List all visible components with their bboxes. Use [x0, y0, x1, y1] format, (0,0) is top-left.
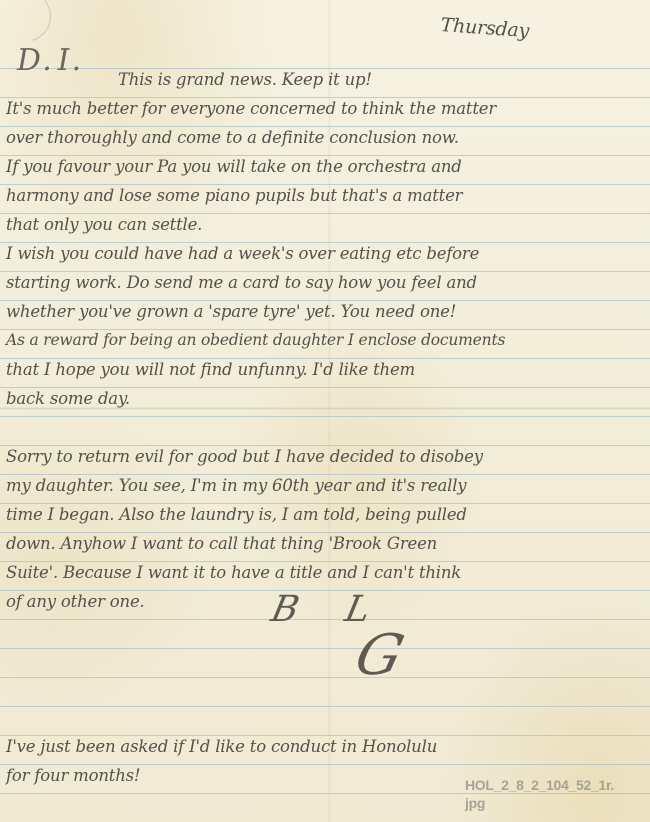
letter-line: time I began. Also the laundry is, I am …: [6, 507, 467, 524]
rule-line: [0, 735, 650, 736]
letter-line: This is grand news. Keep it up!: [118, 72, 372, 89]
rule-line: [0, 561, 650, 562]
rule-line: [0, 97, 650, 98]
rule-line: [0, 213, 650, 214]
rule-line: [0, 68, 650, 69]
rule-line: [0, 126, 650, 127]
rule-line: [0, 416, 650, 417]
rule-line: [0, 503, 650, 504]
rule-line: [0, 648, 650, 649]
rule-line: [0, 155, 650, 156]
rule-line: [0, 387, 650, 388]
rule-line: [0, 184, 650, 185]
letter-line: over thoroughly and come to a definite c…: [6, 130, 459, 147]
letter-line: Sorry to return evil for good but I have…: [6, 449, 483, 466]
letter-line: starting work. Do send me a card to say …: [6, 275, 477, 292]
rule-line: [0, 532, 650, 533]
letter-line: As a reward for being an obedient daught…: [6, 333, 505, 349]
rule-line: [0, 474, 650, 475]
rule-line: [0, 358, 650, 359]
letter-line: whether you've grown a 'spare tyre' yet.…: [6, 304, 456, 321]
letter-line: If you favour your Pa you will take on t…: [6, 159, 462, 176]
letter-line: Suite'. Because I want it to have a titl…: [6, 565, 461, 582]
rule-line: [0, 706, 650, 707]
letter-line: down. Anyhow I want to call that thing '…: [6, 536, 437, 553]
letter-line: of any other one.: [6, 594, 145, 611]
letter-line: that only you can settle.: [6, 217, 202, 234]
letter-line: It's much better for everyone concerned …: [6, 101, 496, 118]
letter-line: harmony and lose some piano pupils but t…: [6, 188, 462, 205]
rule-line: [0, 300, 650, 301]
rule-line: [0, 677, 650, 678]
rule-line: [0, 329, 650, 330]
postscript-line: I've just been asked if I'd like to cond…: [6, 739, 437, 756]
letter-line: that I hope you will not find unfunny. I…: [6, 362, 415, 379]
letter-page: Thursday D.I. This is grand news. Keep i…: [0, 0, 650, 822]
letter-line: I wish you could have had a week's over …: [6, 246, 479, 263]
rule-line: [0, 271, 650, 272]
paper-fold-vertical: [328, 0, 331, 822]
postscript-line: for four months!: [6, 768, 140, 785]
letter-line: back some day.: [6, 391, 130, 408]
ruled-lines: [0, 0, 650, 822]
rule-line: [0, 242, 650, 243]
rule-line: [0, 764, 650, 765]
filename-watermark: HOL_2_8_2_104_52_1r.jpg: [465, 776, 615, 812]
salutation: D.I.: [14, 46, 89, 76]
letter-line: my daughter. You see, I'm in my 60th yea…: [6, 478, 466, 495]
rule-line: [0, 445, 650, 446]
